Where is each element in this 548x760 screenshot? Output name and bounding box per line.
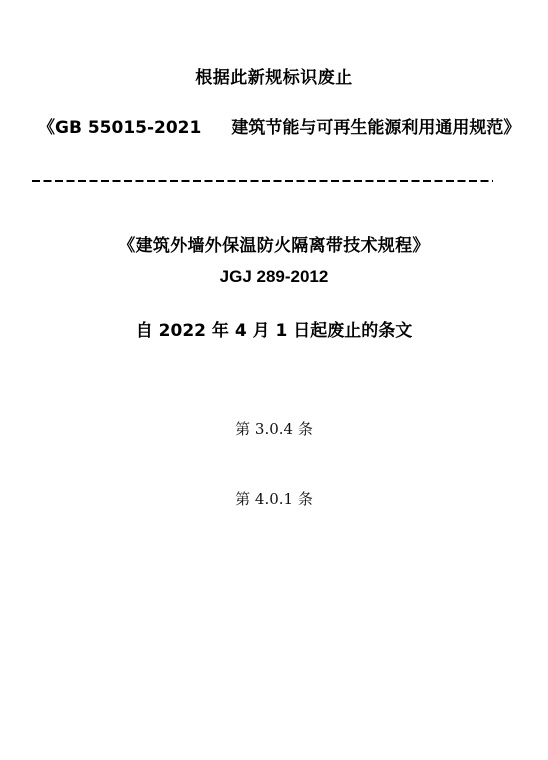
old-standard-code: JGJ 289-2012 (0, 267, 548, 287)
new-standard-title: 建筑节能与可再生能源利用通用规范 (231, 118, 503, 138)
close-bracket: 》 (503, 118, 520, 138)
heading: 根据此新规标识废止 (0, 63, 548, 88)
effective-note: 自 2022 年 4 月 1 日起废止的条文 (0, 316, 548, 341)
old-standard-title: 《建筑外墙外保温防火隔离带技术规程》 (0, 231, 548, 256)
new-standard-code: GB 55015-2021 (55, 118, 201, 138)
open-bracket: 《 (38, 118, 55, 138)
article-item: 第 4.0.1 条 (0, 488, 548, 509)
article-item: 第 3.0.4 条 (0, 418, 548, 439)
dashed-separator (32, 180, 493, 182)
new-standard-line: 《GB 55015-2021建筑节能与可再生能源利用通用规范》 (38, 113, 520, 138)
